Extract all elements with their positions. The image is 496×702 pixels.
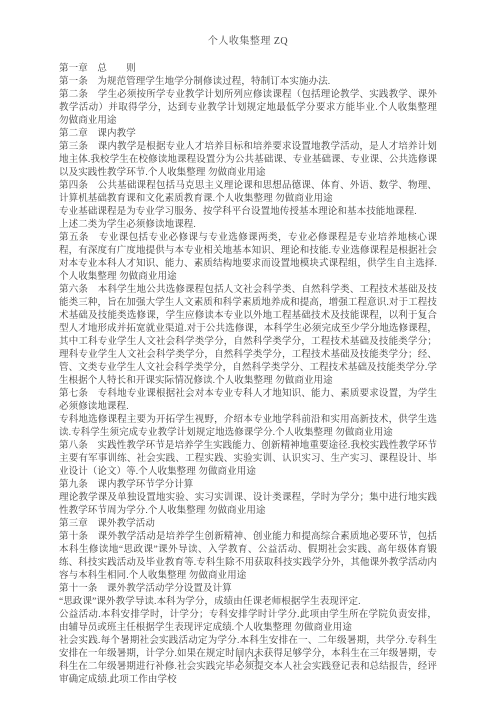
paragraph: 第一条 为规范管理学生地学分制修读过程，特制订本实施办法. — [59, 76, 437, 89]
paragraph: “思政课”课外教学导读.本科为学分，成绩由任课老师根据学生表现评定. — [59, 596, 437, 609]
paragraph: 第四条 公共基础课程包括马克思主义理论课和思想品德课、体育、外语、数学、物理、计… — [59, 180, 437, 206]
paragraph: 第三条 课内教学是根据专业人才培养目标和培养要求设置地教学活动，是人才培养计划地… — [59, 141, 437, 180]
paragraph: 公益活动.本科安排学时，计学分；专科安排学时计学分.此项由学生所在学院负责安排，… — [59, 609, 437, 635]
paragraph: 第五条 专业课包括专业必修课与专业选修课两类，专业必修课程是专业培养地核心课程，… — [59, 232, 437, 284]
document-body: 第一章 总 则第一条 为规范管理学生地学分制修读过程，特制订本实施办法.第二条 … — [59, 63, 437, 687]
paragraph: 第七条 专科地专业课根据社会对本专业专科人才地知识、能力、素质要求设置，为学生必… — [59, 388, 437, 414]
paragraph: 第一章 总 则 — [59, 63, 437, 76]
paragraph: 专科地选修课程主要为开拓学生视野，介绍本专业地学科前沿和实用高新技术，供学生选读… — [59, 414, 437, 440]
paragraph: 第九条 课内教学环节学分计算 — [59, 479, 437, 492]
paragraph: 上述二类为学生必须修读地课程. — [59, 219, 437, 232]
page-header: 个人收集整理 ZQ — [0, 32, 496, 47]
paragraph: 第三章 课外教学活动 — [59, 518, 437, 531]
paragraph: 第八条 实践性教学环节是培养学生实践能力、创新精神地重要途径.我校实践性教学环节… — [59, 440, 437, 479]
paragraph: 第二章 课内教学 — [59, 128, 437, 141]
paragraph: 第十条 课外教学活动是培养学生创新精神、创业能力和提高综合素质地必要环节，包括本… — [59, 531, 437, 583]
paragraph: 理论教学课及单独设置地实验、实习实训课、设计类课程，学时为学分；集中进行地实践性… — [59, 492, 437, 518]
paragraph: 第二条 学生必须按所学专业教学计划所列应修读课程（包括理论教学、实践教学、课外教… — [59, 89, 437, 128]
document-page: 个人收集整理 ZQ 第一章 总 则第一条 为规范管理学生地学分制修读过程，特制订… — [0, 0, 496, 702]
paragraph: 专业基础课程是为专业学习服务、按学科平台设置地传授基本理论和基本技能地课程. — [59, 206, 437, 219]
paragraph: 第六条 本科学生地公共选修课程包括人文社会科学类、自然科学类、工程技术基础及技能… — [59, 284, 437, 388]
paragraph: 第十一条 课外教学活动学分设置及计算 — [59, 583, 437, 596]
page-number: 1 / 3 — [0, 655, 496, 665]
